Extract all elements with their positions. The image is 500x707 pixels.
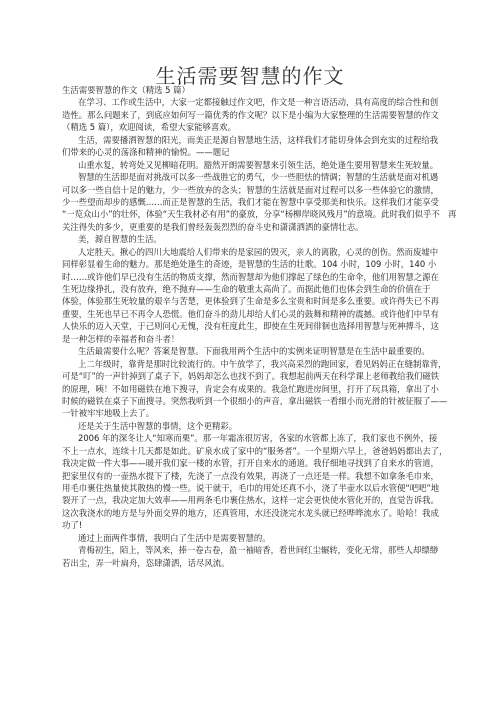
text-line: 智慧的生活即是面对挑战可以多一些战胜它的勇气，少一些胆怯的情调；智慧的生活就是面… (62, 171, 442, 183)
text-line: 还是关于生活中智慧的事情，这个更精彩。 (62, 420, 442, 432)
text-line: 山重水复，转弯处又见柳暗花明。豁然开朗需要智慧来引领生活，绝处逢生要用智慧来生死… (62, 159, 442, 171)
text-line: “一览众山小”的壮怀，体验“天生我材必有用”的豪放，分享“杨柳岸晓风残月”的意境… (62, 208, 442, 220)
text-line: 把家里仅有的一壶热水提下了楼，先浇了一点没有效果，再浇了一点还是一样。我想不如拿… (62, 470, 442, 482)
text-line: 用毛巾裹住热量使其散热的慢一些。说干就干，毛巾的用处还真不小，浇了半壶水以后水管… (62, 482, 442, 494)
text-line: 裂开了一点，我决定加大效率——用两条毛巾裹住热水，这样一定会更快使水管化开的，直… (62, 494, 442, 506)
text-line: 同样彰显着生命的魅力。那是绝处逢生的奇迹，是智慧的生活的壮歌。104 小时，10… (62, 258, 442, 270)
text-line: 造性。那么问题来了，到底应如何写一篇优秀的作文呢？以下是小编为大家整理的生活需要… (62, 109, 442, 121)
text-line: 可是“叮”的一声针掉到了桌子下，妈妈却怎么也找不到了。我想起前两天在科学课上老师… (62, 370, 442, 382)
text-line: 关注得失的多少，更重要的是我们曾经轰轰烈烈的奋斗史和潇潇洒洒的豪情壮志。 (62, 221, 442, 233)
text-line: 时候的磁铁在桌子下面搜寻。突然我听到一个很细小的声音，拿出磁铁一看细小而光滑的针… (62, 395, 442, 407)
text-line: 这次我浇水的地方是与外面交界的地方，还真管用，水还没浇完水龙头就已经哗哗流水了。… (62, 507, 442, 519)
text-line: 可以多一些自信十足的魅力，少一些放弃的念头；智慧的生活就是面对过程可以多一些体验… (62, 184, 442, 196)
text-line: 若出尘，弄一叶扁舟，恣肆潇洒，话尽风流。 (62, 557, 442, 569)
text-line: 我决定做一件大事——暖开我们家一楼的水管，打开自来水的通道。我仔细地寻找到了自来… (62, 457, 442, 469)
text-line: 2006 年的深冬让人“知寒而栗”。那一年霜冻很厉害，各家的水管都上冻了，我们家… (62, 432, 442, 444)
text-line: 功了! (62, 519, 442, 531)
text-line: 时……或许他们早已没有生活的物质支撑，然而智慧却为他们撑起了绿色的生命伞，他们用… (62, 271, 442, 283)
text-line: 生活需要智慧的作文（精选 5 篇） (62, 84, 442, 96)
text-line: 生死边缘挣扎，没有放弃，绝不抛弃——生命的敬重太高尚了。而据此他们也体会到生命的… (62, 283, 442, 295)
text-line: 少一些望而却步的感慨……而正是智慧的生活，我们才能在智慧中享受那美和快乐。这样我… (62, 196, 442, 208)
text-line: 的原理，咦！不如用磁铁在地下搜寻，肯定会有成果的。我急忙跑进房间里，打开了玩具箱… (62, 383, 442, 395)
text-line: 体验，体验那生死较量的艰辛与苦楚，更体验到了生命是多么宝贵和时间是多么重要。或许… (62, 295, 442, 307)
text-line: 不上一点水，连续十几天都是如此。矿泉水成了家中的“服务者”。一个星期六早上，爸爸… (62, 445, 442, 457)
document-body: 生活需要智慧的作文（精选 5 篇）在学习、工作或生活中，大家一定都接触过作文吧，… (62, 84, 442, 569)
text-line: 重要，生死也早已不再令人恐慌。他们奋斗的劲儿却给人们心灵的鼓舞和精神的震撼。或许… (62, 308, 442, 320)
text-line: 生活最需要什么呢？答案是智慧。下面我用两个生活中的实例来证明智慧是在生活中最重要… (62, 345, 442, 357)
text-line: 们带来的心灵的荡涤和精神的愉悦。——题记 (62, 146, 442, 158)
text-line: 美，源自智慧的生活。 (62, 233, 442, 245)
text-line: 人快乐的迈入天堂，于己则问心无愧，没有枉度此生，即使在生死间徘徊也选择用智慧与死… (62, 320, 442, 332)
text-line: 青梅初生，陌上，等风来，捧一卷古卷，盈一袖暗香，看世间红尘辗转，变化无常，那些人… (62, 544, 442, 556)
text-line: 是一种怎样的幸福者和奋斗者！ (62, 333, 442, 345)
text-line: 在学习、工作或生活中，大家一定都接触过作文吧，作文是一种言语活动，具有高度的综合… (62, 96, 442, 108)
text-line: 上二年级时，靠背是那时比较流行的。中午放学了，我兴高采烈的跑回家，看见妈妈正在缝… (62, 358, 442, 370)
text-line: 一针被牢牢地吸上去了。 (62, 407, 442, 419)
text-line: 通过上面两件事情，我明白了生活中是需要智慧的。 (62, 532, 442, 544)
text-line: （精选 5 篇），欢迎阅读，希望大家能够喜欢。 (62, 121, 442, 133)
text-line: 生活，需要播洒智慧的阳光，而美正是源自智慧地生活，这样我们才能切身体会到充实的过… (62, 134, 442, 146)
document-page: 生活需要智慧的作文 生活需要智慧的作文（精选 5 篇）在学习、工作或生活中，大家… (0, 0, 500, 707)
text-line: 人定胜天。揪心的四川大地震给人们带来的是家园的毁灭，亲人的离散，心灵的创伤。然而… (62, 246, 442, 258)
